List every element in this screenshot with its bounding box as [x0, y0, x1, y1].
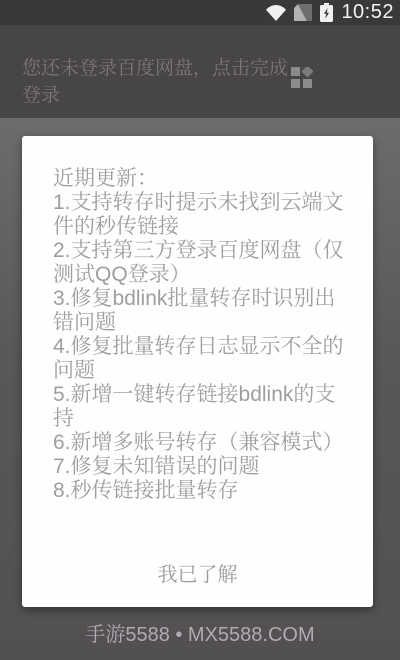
app-header: 您还未登录百度网盘，点击完成登录 [0, 25, 400, 118]
category-grid-icon[interactable] [291, 67, 313, 94]
wifi-icon [266, 5, 286, 21]
battery-charging-icon [320, 3, 333, 22]
watermark-text: 手游5588 • MX5588.COM [0, 621, 400, 649]
status-time: 10:52 [341, 0, 394, 25]
update-notes-text: 近期更新：1.支持转存时提示未找到云端文件的秒传链接2.支持第三方登录百度网盘（… [53, 167, 363, 503]
confirm-button[interactable]: 我已了解 [140, 550, 256, 595]
update-notes-dialog: 近期更新：1.支持转存时提示未找到云端文件的秒传链接2.支持第三方登录百度网盘（… [22, 136, 373, 607]
login-notice-banner[interactable]: 您还未登录百度网盘，点击完成登录 [22, 55, 292, 109]
status-bar: 10:52 [0, 0, 400, 25]
no-sim-icon [294, 4, 312, 21]
